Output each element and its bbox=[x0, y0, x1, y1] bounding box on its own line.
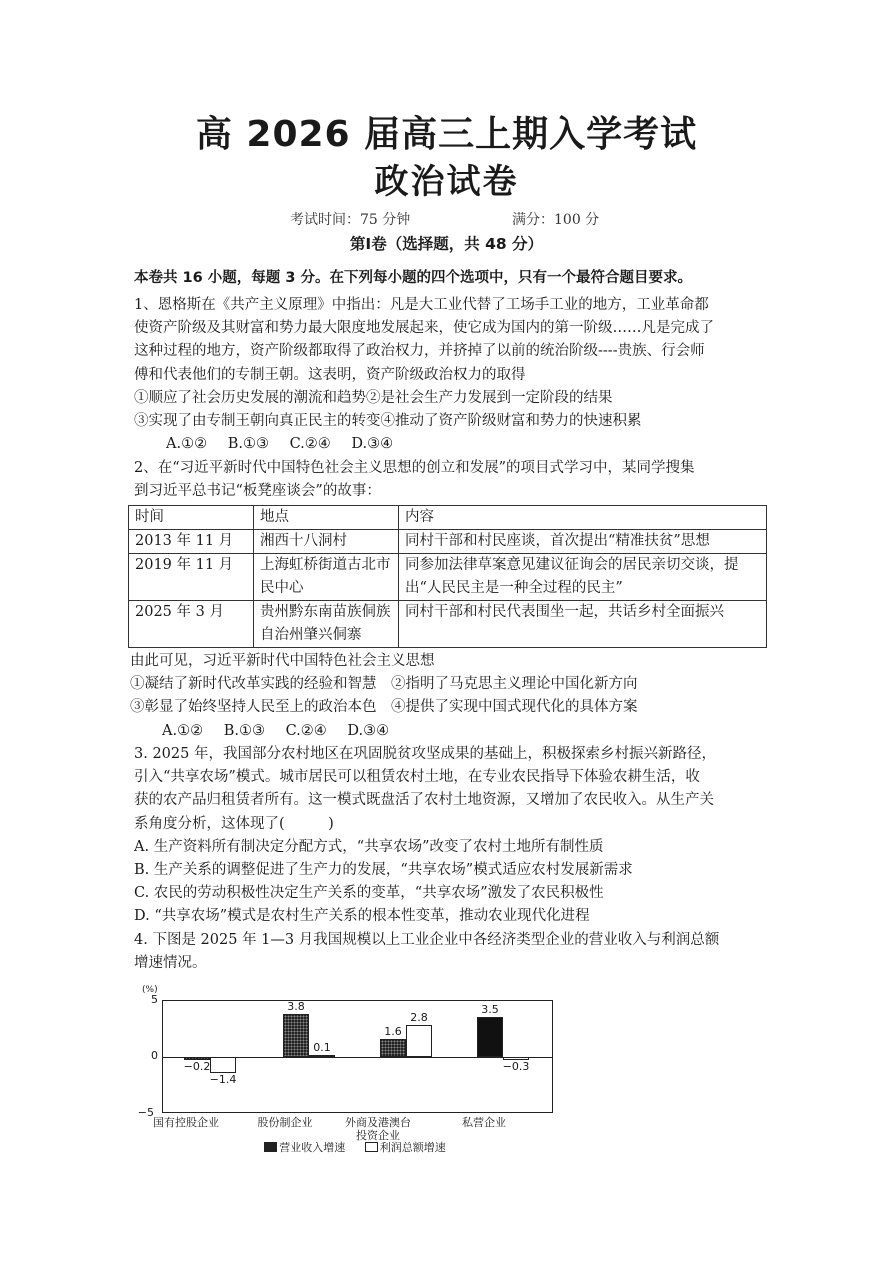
bar bbox=[477, 1017, 503, 1057]
cell-time: 2013 年 11 月 bbox=[129, 530, 254, 554]
exam-subject: 政治试卷 bbox=[0, 160, 893, 204]
statement-line: ③彰显了始终坚持人民至上的政治本色 ④提供了实现中国式现代化的具体方案 bbox=[130, 696, 770, 719]
option-c: C.②④ bbox=[286, 720, 327, 743]
question-text-line: 1、恩格斯在《共产主义原理》中指出：凡是大工业代替了工场手工业的地方，工业革命都 bbox=[134, 294, 774, 317]
category-label: 国有控股企业 bbox=[141, 1116, 231, 1129]
question-text-line: 3. 2025 年，我国部分农村地区在巩固脱贫攻坚成果的基础上，积极探索乡村振兴… bbox=[134, 743, 774, 766]
story-table: 时间 地点 内容 2013 年 11 月 湘西十八洞村 同村干部和村民座谈，首次… bbox=[128, 505, 767, 648]
choice-a: A. 生产资料所有制决定分配方式，“共享农场”改变了农村土地所有制性质 bbox=[134, 836, 774, 859]
instructions: 本卷共 16 小题，每题 3 分。在下列每小题的四个选项中，只有一个最符合题目要… bbox=[134, 267, 692, 289]
choice-c: C. 农民的劳动积极性决定生产关系的变革，“共享农场”激发了农民积极性 bbox=[134, 882, 774, 905]
column-header-place: 地点 bbox=[254, 506, 399, 530]
growth-bar-chart: (%) 5 0 −5 −0.23.81.63.5−1.40.12.8−0.3 国… bbox=[140, 985, 570, 1155]
option-d: D.③④ bbox=[347, 720, 389, 743]
choice-b: B. 生产关系的调整促进了生产力的发展，“共享农场”模式适应农村发展新需求 bbox=[134, 859, 774, 882]
category-line: 私营企业 bbox=[439, 1116, 529, 1129]
legend-item-revenue: 营业收入增速 bbox=[264, 1141, 345, 1154]
option-c: C.②④ bbox=[290, 433, 331, 456]
question-text-line: 2、在“习近平新时代中国特色社会主义思想的创立和发展”的项目式学习中，某同学搜集 bbox=[134, 457, 774, 480]
question-text-line: 由此可见，习近平新时代中国特色社会主义思想 bbox=[130, 650, 770, 673]
y-tick-0: 0 bbox=[140, 1050, 158, 1062]
question-2-continued: 由此可见，习近平新时代中国特色社会主义思想 ①凝结了新时代改革实践的经验和智慧 … bbox=[130, 650, 770, 743]
table-row: 2013 年 11 月 湘西十八洞村 同村干部和村民座谈，首次提出“精准扶贫”思… bbox=[129, 530, 767, 554]
column-header-content: 内容 bbox=[399, 506, 767, 530]
question-1: 1、恩格斯在《共产主义原理》中指出：凡是大工业代替了工场手工业的地方，工业革命都… bbox=[134, 294, 774, 456]
option-a: A.①② bbox=[162, 720, 203, 743]
cell-place: 湘西十八洞村 bbox=[254, 530, 399, 554]
full-score: 满分：100 分 bbox=[512, 210, 599, 230]
choice-d: D. “共享农场”模式是农村生产关系的根本性变革，推动农业现代化进程 bbox=[134, 905, 774, 928]
question-text-line: 傅和代表他们的专制王朝。这表明，资产阶级政治权力的取得 bbox=[134, 364, 774, 387]
question-text-line: 使资产阶级及其财富和势力最大限度地发展起来，使它成为国内的第一阶级……凡是完成了 bbox=[134, 317, 774, 340]
question-text-line: 4. 下图是 2025 年 1—3 月我国规模以上工业企业中各经济类型企业的营业… bbox=[134, 929, 774, 952]
value-label: 0.1 bbox=[302, 1042, 342, 1054]
cell-place: 上海虹桥街道古北市民中心 bbox=[254, 554, 399, 601]
option-a: A.①② bbox=[166, 433, 207, 456]
bar bbox=[210, 1057, 236, 1073]
value-label: −0.3 bbox=[496, 1061, 536, 1073]
white-swatch-icon bbox=[365, 1142, 378, 1152]
plot-area: −0.23.81.63.5−1.40.12.8−0.3 bbox=[162, 1000, 553, 1113]
cell-content: 同参加法律草案意见建议征询会的居民亲切交谈，提出“人民民主是一种全过程的民主” bbox=[399, 554, 767, 601]
value-label: 2.8 bbox=[399, 1012, 439, 1024]
answer-options: A.①② B.①③ C.②④ D.③④ bbox=[130, 720, 770, 743]
question-text-line: 引入“共享农场”模式。城市居民可以租赁农村土地，在专业农民指导下体验农耕生活，收 bbox=[134, 766, 774, 789]
question-text-line: 到习近平总书记“板凳座谈会”的故事： bbox=[134, 480, 774, 503]
bar bbox=[380, 1039, 406, 1057]
option-b: B.①③ bbox=[224, 720, 265, 743]
bar bbox=[406, 1025, 432, 1057]
statement-line: ①凝结了新时代改革实践的经验和智慧 ②指明了马克思主义理论中国化新方向 bbox=[130, 673, 770, 696]
column-header-time: 时间 bbox=[129, 506, 254, 530]
category-label: 股份制企业 bbox=[240, 1116, 330, 1129]
statement-line: ①顺应了社会历史发展的潮流和趋势②是社会生产力发展到一定阶段的结果 bbox=[134, 387, 774, 410]
bar bbox=[309, 1055, 335, 1058]
option-b: B.①③ bbox=[228, 433, 269, 456]
cell-time: 2025 年 3 月 bbox=[129, 601, 254, 648]
value-label: 3.5 bbox=[470, 1004, 510, 1016]
cell-place: 贵州黔东南苗族侗族自治州肇兴侗寨 bbox=[254, 601, 399, 648]
y-tick-5: 5 bbox=[140, 994, 158, 1006]
option-d: D.③④ bbox=[351, 433, 393, 456]
category-label: 私营企业 bbox=[439, 1116, 529, 1129]
category-line: 股份制企业 bbox=[240, 1116, 330, 1129]
value-label: −1.4 bbox=[203, 1074, 243, 1086]
dark-swatch-icon bbox=[264, 1142, 277, 1152]
question-text-line: 获的农产品归租赁者所有。这一模式既盘活了农村土地资源，又增加了农民收入。从生产关 bbox=[134, 789, 774, 812]
cell-time: 2019 年 11 月 bbox=[129, 554, 254, 601]
value-label: 3.8 bbox=[276, 1001, 316, 1013]
legend-label: 营业收入增速 bbox=[279, 1141, 345, 1154]
legend-item-profit: 利润总额增速 bbox=[365, 1141, 446, 1154]
table-row: 2025 年 3 月 贵州黔东南苗族侗族自治州肇兴侗寨 同村干部和村民代表围坐一… bbox=[129, 601, 767, 648]
legend-label: 利润总额增速 bbox=[380, 1141, 446, 1154]
question-3: 3. 2025 年，我国部分农村地区在巩固脱贫攻坚成果的基础上，积极探索乡村振兴… bbox=[134, 743, 774, 975]
question-text-line: 系角度分析，这体现了( ) bbox=[134, 813, 774, 836]
question-text-line: 这种过程的地方，资产阶级都取得了政治权力，并挤掉了以前的统治阶级----贵族、行… bbox=[134, 340, 774, 363]
chart-legend: 营业收入增速 利润总额增速 bbox=[140, 1142, 570, 1154]
category-line: 外商及港澳台 bbox=[333, 1116, 423, 1129]
exam-time: 考试时间：75 分钟 bbox=[290, 210, 410, 230]
section-title: 第Ⅰ卷（选择题，共 48 分） bbox=[0, 232, 893, 256]
question-text-line: 增速情况。 bbox=[134, 952, 774, 975]
category-line: 国有控股企业 bbox=[141, 1116, 231, 1129]
category-label: 外商及港澳台 投资企业 bbox=[333, 1116, 423, 1142]
exam-title: 高 2026 届高三上期入学考试 bbox=[0, 112, 893, 158]
table-header-row: 时间 地点 内容 bbox=[129, 506, 767, 530]
answer-options: A.①② B.①③ C.②④ D.③④ bbox=[134, 433, 774, 456]
cell-content: 同村干部和村民座谈，首次提出“精准扶贫”思想 bbox=[399, 530, 767, 554]
question-2: 2、在“习近平新时代中国特色社会主义思想的创立和发展”的项目式学习中，某同学搜集… bbox=[134, 457, 774, 503]
table-row: 2019 年 11 月 上海虹桥街道古北市民中心 同参加法律草案意见建议征询会的… bbox=[129, 554, 767, 601]
cell-content: 同村干部和村民代表围坐一起，共话乡村全面振兴 bbox=[399, 601, 767, 648]
statement-line: ③实现了由专制王朝向真正民主的转变④推动了资产阶级财富和势力的快速积累 bbox=[134, 410, 774, 433]
